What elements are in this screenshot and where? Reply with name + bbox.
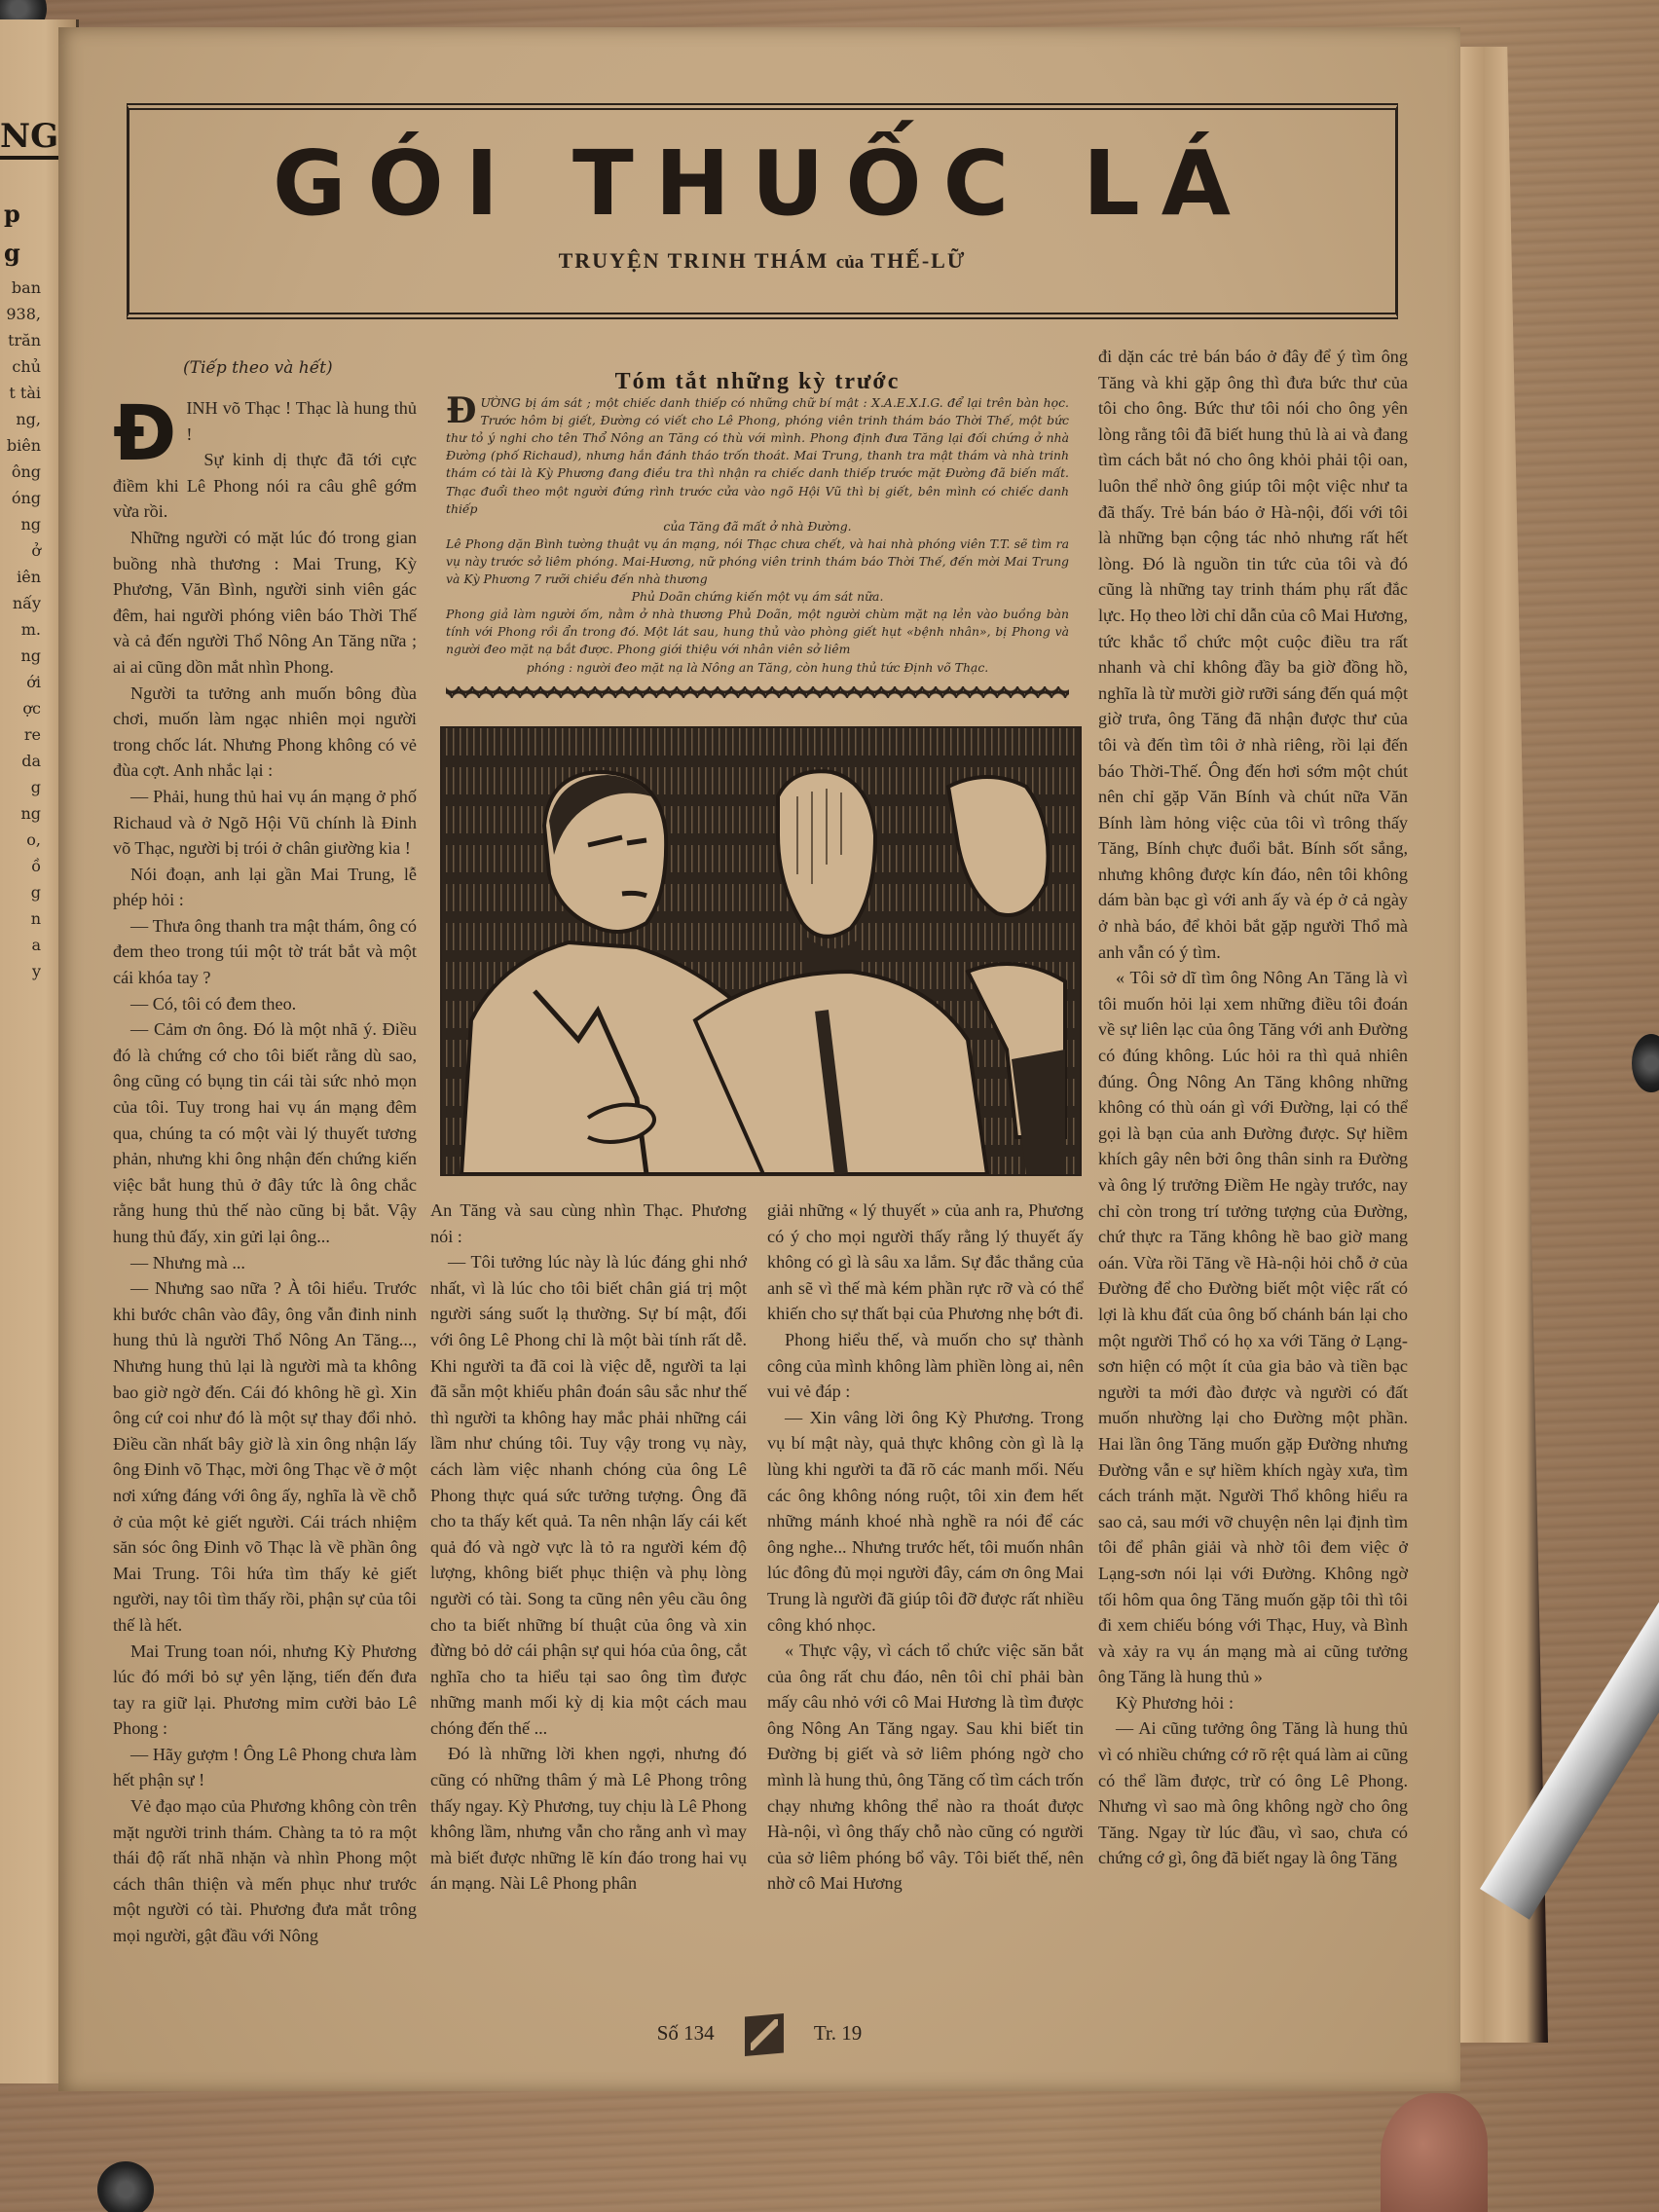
- summary-drop-cap: Đ: [446, 396, 476, 425]
- left-page-line: ợc: [2, 695, 41, 721]
- thumb-holding-page: [1381, 2093, 1488, 2212]
- illustration-three-men-icon: [442, 728, 1080, 1174]
- summary-paragraph: Phong giả làm người ốm, nằm ở nhà thương…: [446, 606, 1069, 658]
- left-page-line: ng: [2, 643, 41, 669]
- left-page-line: g: [2, 774, 41, 800]
- article-column-1: Đ INH võ Thạc ! Thạc là hung thủ !Sự kin…: [113, 395, 417, 1949]
- genre-label: TRUYỆN TRINH THÁM: [559, 248, 829, 273]
- article-paragraph: « Tôi sở dĩ tìm ông Nông An Tăng là vì t…: [1098, 965, 1408, 1690]
- summary-paragraph: ĐƯỜNG bị ám sát ; một chiếc danh thiếp c…: [446, 394, 1069, 518]
- magazine-page: GÓI THUỐC LÁ TRUYỆN TRINH THÁM của THẾ-L…: [58, 27, 1460, 2091]
- article-paragraph: Đó là những lời khen ngợi, nhưng đó cũng…: [430, 1741, 747, 1897]
- summary-paragraph: phóng : người đeo mặt nạ là Nông an Tăng…: [446, 659, 1069, 677]
- binder-ring-bottom: [97, 2161, 154, 2212]
- left-page-line: trăn: [2, 327, 41, 353]
- left-page-line: ới: [2, 669, 41, 695]
- left-page-line: chủ: [2, 353, 41, 380]
- article-paragraph: — Cảm ơn ông. Đó là một nhã ý. Điều đó l…: [113, 1016, 417, 1249]
- drop-cap: Đ: [113, 401, 176, 467]
- article-subtitle: TRUYỆN TRINH THÁM của THẾ-LỮ: [129, 248, 1395, 274]
- article-paragraph: Những người có mặt lúc đó trong gian buồ…: [113, 525, 417, 681]
- left-page-line: ở: [2, 537, 41, 564]
- article-paragraph: « Thực vậy, vì cách tổ chức việc săn bắt…: [767, 1638, 1084, 1897]
- left-page-line: ồ: [2, 853, 41, 879]
- summary-heading: Tóm tắt những kỳ trước: [446, 373, 1069, 390]
- article-paragraph: — Có, tôi có đem theo.: [113, 991, 417, 1017]
- article-column-2: An Tăng và sau cùng nhìn Thạc. Phương nó…: [430, 1198, 747, 1897]
- article-paragraph: — Thưa ông thanh tra mật thám, ông có đe…: [113, 913, 417, 991]
- previous-episodes-summary: Tóm tắt những kỳ trước ĐƯỜNG bị ám sát ;…: [446, 373, 1069, 698]
- left-page-line: óng: [2, 485, 41, 511]
- left-page-line: m.: [2, 616, 41, 643]
- left-page-line: n: [2, 905, 41, 932]
- left-page-line: t tài: [2, 380, 41, 406]
- summary-paragraph: của Tăng đã mất ở nhà Đường.: [446, 518, 1069, 535]
- left-page-line: ông: [2, 459, 41, 485]
- left-page-line: g: [2, 879, 41, 905]
- left-page-line: a: [2, 932, 41, 958]
- left-page-line: ng,: [2, 406, 41, 432]
- article-paragraph: giải những « lý thuyết » của anh ra, Phư…: [767, 1198, 1084, 1327]
- magazine-logo-icon: [745, 2013, 784, 2056]
- left-page-line: da: [2, 748, 41, 774]
- left-page-line: 938,: [2, 301, 41, 327]
- left-page-line: ng: [2, 511, 41, 537]
- left-page-heading: NG: [0, 117, 58, 160]
- left-page-line: o,: [2, 827, 41, 853]
- page-number: Tr. 19: [814, 2021, 862, 2045]
- article-paragraph: Người ta tưởng anh muốn bông đùa chơi, m…: [113, 681, 417, 784]
- left-page-line: ng: [2, 800, 41, 827]
- article-paragraph: Mai Trung toan nói, nhưng Kỳ Phương lúc …: [113, 1639, 417, 1742]
- article-column-4: đi dặn các trẻ bán báo ở đây để ý tìm ôn…: [1098, 344, 1408, 1871]
- article-paragraph: — Phải, hung thủ hai vụ án mạng ở phố Ri…: [113, 784, 417, 862]
- left-page-line: ban: [2, 275, 41, 301]
- article-paragraph: — Nhưng sao nữa ? À tôi hiểu. Trước khi …: [113, 1275, 417, 1638]
- left-page-line: iên: [2, 564, 41, 590]
- article-paragraph: đi dặn các trẻ bán báo ở đây để ý tìm ôn…: [1098, 344, 1408, 965]
- article-paragraph: An Tăng và sau cùng nhìn Thạc. Phương nó…: [430, 1198, 747, 1249]
- article-paragraph: Kỳ Phương hỏi :: [1098, 1690, 1408, 1716]
- byline-of: của: [836, 252, 865, 273]
- wavy-divider: [446, 686, 1069, 698]
- article-paragraph: Vẻ đạo mạo của Phương không còn trên mặt…: [113, 1793, 417, 1949]
- summary-paragraph: Lê Phong dặn Bình tường thuật vụ án mạng…: [446, 535, 1069, 588]
- article-paragraph: Phong hiểu thế, và muốn cho sự thành côn…: [767, 1327, 1084, 1405]
- continued-note: (Tiếp theo và hết): [183, 358, 333, 378]
- article-paragraph: — Nhưng mà ...: [113, 1250, 417, 1276]
- left-page-text-fragments: ban938,trănchủt tàing,biênôngóngngởiênnấ…: [2, 275, 41, 984]
- article-column-3: giải những « lý thuyết » của anh ra, Phư…: [767, 1198, 1084, 1897]
- article-paragraph: — Ai cũng tưởng ông Tăng là hung thủ vì …: [1098, 1715, 1408, 1871]
- article-paragraph: — Tôi tưởng lúc này là lúc đáng ghi nhớ …: [430, 1249, 747, 1741]
- title-banner: GÓI THUỐC LÁ TRUYỆN TRINH THÁM của THẾ-L…: [127, 103, 1398, 319]
- left-page-line: nấy: [2, 590, 41, 616]
- left-page-subheading: p g: [4, 195, 20, 273]
- article-paragraph: — Xin vâng lời ông Kỳ Phương. Trong vụ b…: [767, 1405, 1084, 1638]
- left-page-line: y: [2, 958, 41, 984]
- left-page-line: biên: [2, 432, 41, 459]
- article-title: GÓI THUỐC LÁ: [129, 131, 1395, 236]
- issue-number: Số 134: [657, 2021, 715, 2045]
- summary-paragraph: Phủ Doãn chứng kiến một vụ ám sát nữa.: [446, 588, 1069, 606]
- page-footer: Số 134 Tr. 19: [58, 2013, 1460, 2056]
- article-paragraph: — Hãy gượm ! Ông Lê Phong chưa làm hết p…: [113, 1742, 417, 1793]
- woodcut-illustration: [440, 726, 1082, 1176]
- article-paragraph: Nói đoạn, anh lại gần Mai Trung, lễ phép…: [113, 862, 417, 913]
- author-name: THẾ-LỮ: [870, 248, 966, 273]
- left-page-line: re: [2, 721, 41, 748]
